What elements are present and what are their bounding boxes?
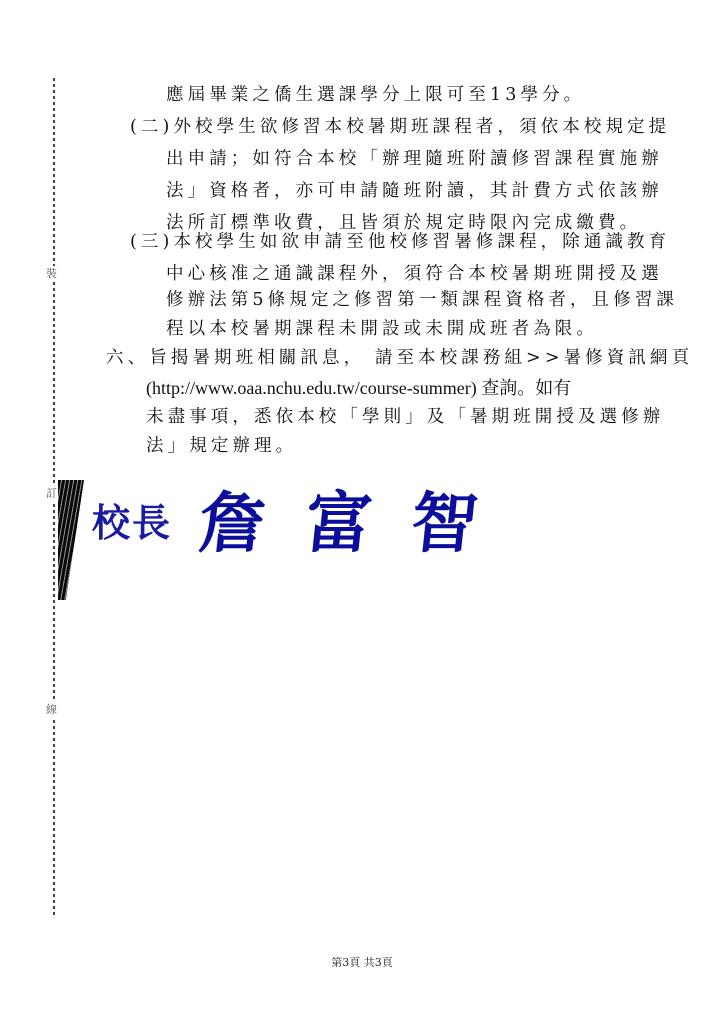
signature-title: 校長 [92,492,172,547]
text-line-section-6: 六、旨揭暑期班相關訊息， 請至本校課務組>>暑修資訊網頁 [106,347,693,369]
text-line: 法」規定辦理。 [146,435,297,457]
text-line-item-2: (二)外校學生欲修習本校暑期班課程者，須依本校規定提 [130,116,670,138]
text-line-url[interactable]: (http://www.oaa.nchu.edu.tw/course-summe… [146,377,571,399]
text-line-item-3: (三)本校學生如欲申請至他校修習暑修課程，除通識教育 [130,231,670,253]
binding-label-ding: 訂 [46,486,57,502]
page-number-footer: 第3頁 共3頁 [0,954,724,970]
text-line: 出申請；如符合本校「辦理隨班附讀修習課程實施辦 [166,148,663,170]
text-line: 法」資格者，亦可申請隨班附讀，其計費方式依該辦 [166,180,663,202]
official-seal-stamp [58,480,84,600]
text-line: 應屆畢業之僑生選課學分上限可至13學分。 [166,84,585,106]
binding-label-zhuang: 裝 [46,266,57,282]
text-line: 未盡事項，悉依本校「學則」及「暑期班開授及選修辦 [146,406,664,428]
text-line: 中心核准之通識課程外，須符合本校暑期班開授及選 [166,263,663,285]
binding-label-xian: 線 [46,702,57,718]
text-line: 程以本校暑期課程未開設或未開成班者為限。 [166,318,598,340]
signature-name: 詹富智 [195,470,523,565]
text-line: 修辦法第5條規定之修習第一類課程資格者，且修習課 [166,289,678,311]
